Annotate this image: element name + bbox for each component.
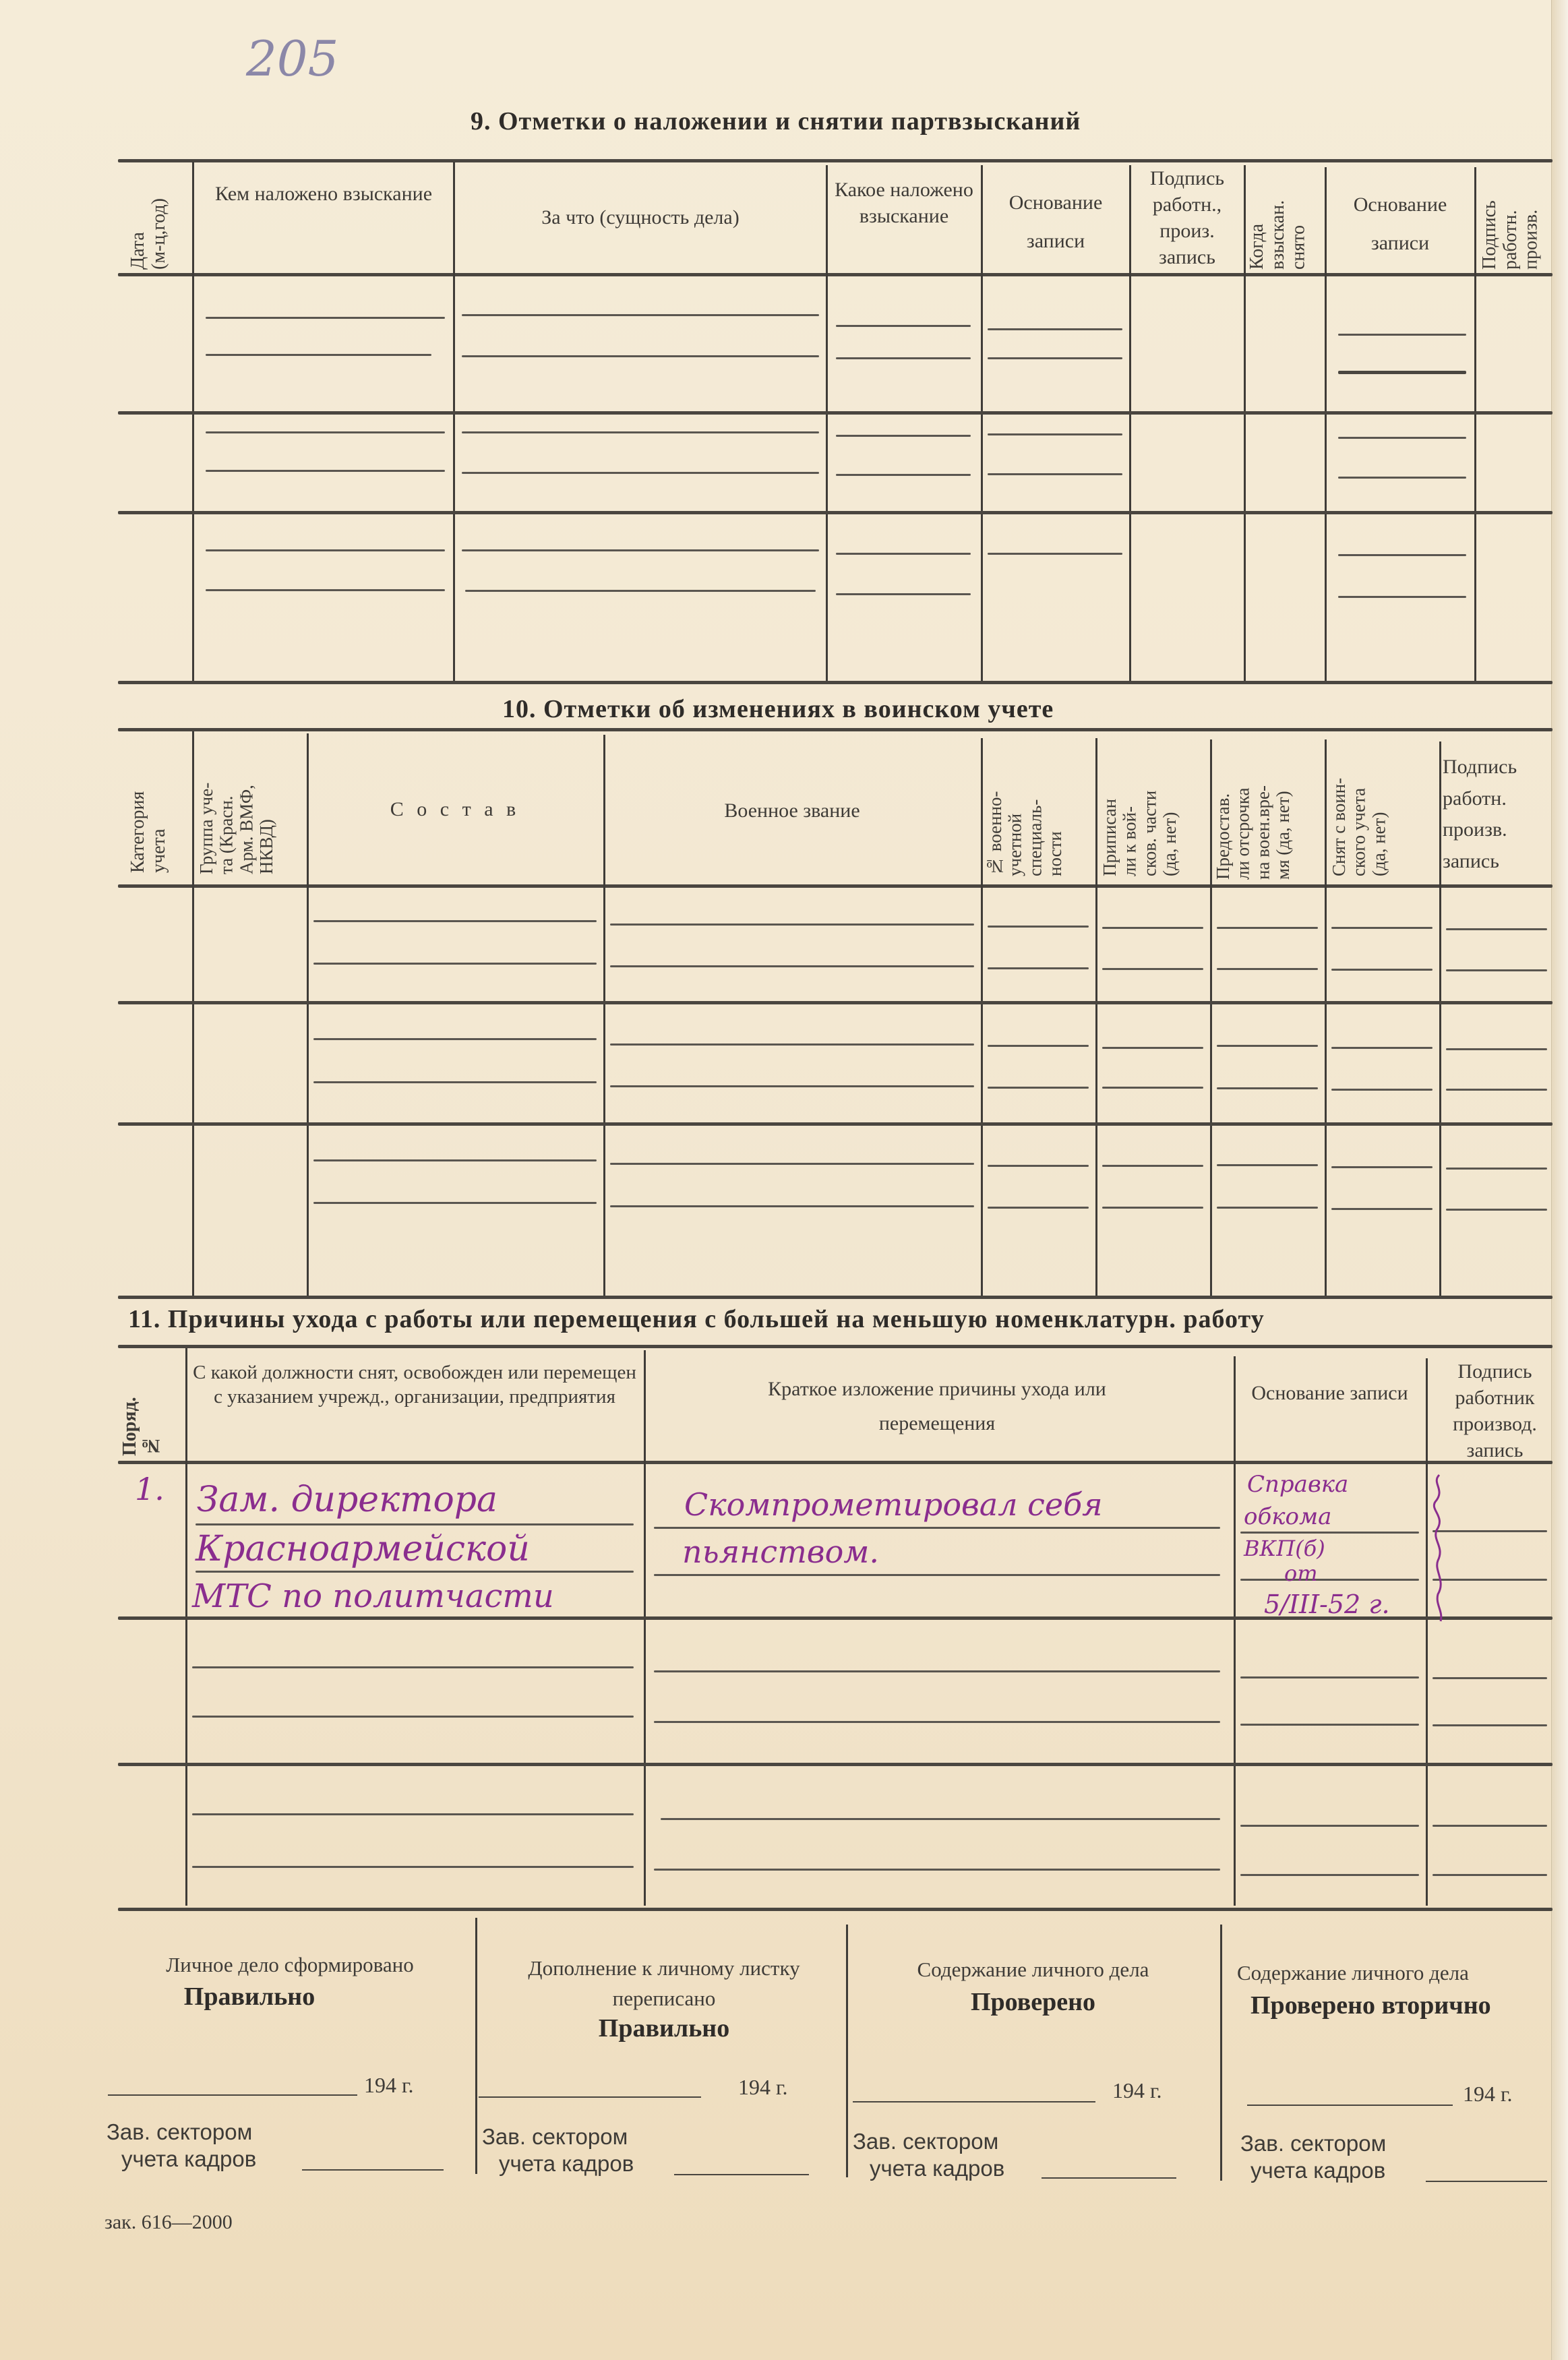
s11-col-signature: Подпись работник производ. запись — [1436, 1358, 1554, 1463]
footer-block3-caption: Содержание личного дела — [849, 1955, 1217, 1985]
footer-block4-status: Проверено вторично — [1250, 1991, 1561, 2020]
s11-row1-position-line3: МТС по политчасти — [192, 1577, 554, 1615]
footer-block2-signer-line2: учета кадров — [499, 2150, 634, 2177]
footer-block4-signer-line1: Зав. сектором — [1240, 2130, 1386, 2157]
footer-block2-date-blank[interactable] — [479, 2096, 701, 2098]
s10-col-composition: С о с т а в — [310, 794, 600, 824]
footer-block1-caption: Личное дело сформировано — [108, 1950, 472, 1980]
footer-block2-caption: Дополнение к личному листку переписано — [502, 1954, 826, 2014]
s10-col-category: Категория учета — [128, 738, 170, 873]
s10-col-removed-from-registry: Снят с воин- ского учета (да, нет) — [1329, 742, 1389, 876]
s11-row1-basis-line2: обкома — [1244, 1503, 1331, 1530]
s10-col-deferment: Предостав. ли отсрочка на воен.вре- мя (… — [1213, 742, 1294, 880]
s9-col-who: Кем наложено взыскание — [195, 179, 452, 209]
footer-block2-signer-line1: Зав. сектором — [482, 2123, 628, 2150]
footer-block2-year: 194 г. — [738, 2075, 788, 2100]
footer-block1-year: 194 г. — [364, 2073, 414, 2098]
footer-block4-signature-blank[interactable] — [1426, 2181, 1547, 2182]
footer-block1-signer-line1: Зав. сектором — [107, 2119, 252, 2146]
footer-block1-signer-line2: учета кадров — [121, 2146, 256, 2173]
s11-row1-basis-line3: ВКП(б) — [1244, 1536, 1325, 1561]
footer-block4-signer-line2: учета кадров — [1250, 2157, 1385, 2184]
s11-col-reason: Краткое изложение причины ухода или пере… — [755, 1372, 1119, 1441]
s9-col-signature-2: Подпись работн. произв. — [1480, 169, 1542, 270]
s11-col-order-number: Поряд. № — [120, 1362, 162, 1456]
s9-col-signature: Подпись работн., произ. запись — [1133, 165, 1242, 270]
s11-row1-basis-line5: 5/III-52 г. — [1264, 1590, 1390, 1619]
s11-row1-basis-line1: Справка — [1247, 1471, 1348, 1498]
s11-col-position: С какой должности снят, освобожден или п… — [189, 1360, 640, 1410]
section11-title: 11. Причины ухода с работы или перемещен… — [128, 1304, 1550, 1334]
s11-row1-reason-line2: пьянством. — [682, 1534, 879, 1570]
footer-block3-date-blank[interactable] — [853, 2101, 1095, 2102]
section9-title: 9. Отметки о наложении и снятии партвзыс… — [471, 107, 1081, 136]
s11-col-basis: Основание записи — [1237, 1375, 1422, 1412]
footer-block1-status: Правильно — [108, 1982, 391, 2011]
s9-col-kind: Какое наложено взыскание — [829, 177, 979, 229]
s9-col-what: За что (сущность дела) — [458, 202, 822, 233]
s9-col-date: Дата (м-ц,год) — [128, 169, 170, 270]
s9-col-when-removed: Когда взыскан. снято — [1247, 170, 1309, 270]
s11-row1-position-line2: Красноармейской — [195, 1529, 530, 1569]
s11-row1-basis-line4: от — [1284, 1561, 1318, 1586]
s11-row1-signature — [1426, 1470, 1453, 1625]
s10-col-specialty-number: № военно- учетной специаль- ности — [986, 742, 1066, 876]
archive-page-number: 205 — [246, 30, 338, 87]
s10-col-rank: Военное звание — [607, 795, 977, 826]
footer-block3-signer-line2: учета кадров — [870, 2155, 1004, 2182]
footer-block1-date-blank[interactable] — [108, 2094, 357, 2096]
footer-block3-signature-blank[interactable] — [1042, 2177, 1176, 2179]
footer-block3-signer-line1: Зав. сектором — [853, 2128, 998, 2155]
footer-block4-year: 194 г. — [1463, 2082, 1513, 2107]
footer-block4-caption: Содержание личного дела — [1237, 1958, 1567, 1989]
s10-col-group: Группа уче- та (Красн. Арм. ВМФ, НКВД) — [197, 736, 277, 874]
footer-block3-status: Проверено — [849, 1987, 1217, 2017]
footer-block2-signature-blank[interactable] — [674, 2174, 809, 2175]
s10-col-signature: Подпись работн. произв. запись — [1443, 752, 1557, 877]
footer-block4-date-blank[interactable] — [1247, 2105, 1453, 2106]
section10-title: 10. Отметки об изменениях в воинском уче… — [502, 694, 1054, 724]
s9-col-basis-2: Основание записи — [1328, 185, 1472, 262]
footer-block2-status: Правильно — [502, 2014, 826, 2043]
s11-row1-reason-line1: Скомпрометировал себя — [684, 1486, 1103, 1523]
s11-row1-number: 1. — [135, 1471, 164, 1507]
footer-block3-year: 194 г. — [1112, 2078, 1162, 2103]
s10-col-assigned-unit: Приписан ли к вой- сков. части (да, нет) — [1100, 742, 1180, 876]
print-order-number: зак. 616—2000 — [104, 2211, 233, 2234]
footer-block1-signature-blank[interactable] — [302, 2169, 444, 2171]
s9-col-basis: Основание записи — [984, 183, 1127, 260]
s11-row1-position-line1: Зам. директора — [197, 1480, 497, 1520]
